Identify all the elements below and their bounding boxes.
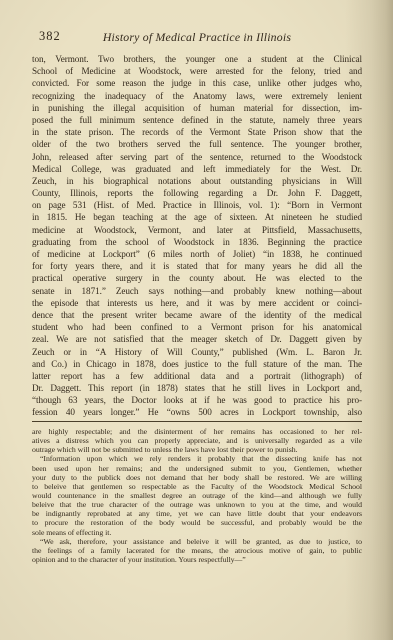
footnote-line: “We ask, therefore, your assistance and … (32, 537, 362, 546)
body-line: practical operative surgery in the count… (32, 272, 362, 284)
body-line: the episode that interests us here, and … (32, 297, 362, 309)
footnote-line: to procure the restoration of the body w… (32, 518, 362, 527)
footnote-line: the feelings of a family lacerated for t… (32, 546, 362, 555)
footnote-line: outrage which will not be submitted to u… (32, 445, 362, 454)
footnote-line: been used upon her remains; and the unde… (32, 464, 362, 473)
body-line: latter report has a few additional data … (32, 370, 362, 382)
body-line: in 1815. He began teaching at the age of… (32, 211, 362, 223)
footnote-line: “Information upon which we rely renders … (32, 454, 362, 463)
body-text: ton, Vermont. Two brothers, the younger … (32, 53, 362, 419)
running-title: History of Medical Practice in Illinois (32, 30, 362, 45)
body-line: in punishing the illegal acquisition of … (32, 102, 362, 114)
page-header: 382 History of Medical Practice in Illin… (32, 29, 362, 45)
footnote: are highly respectable; and the disinter… (32, 427, 362, 564)
body-line: zeal. We are not satisfied that the meag… (32, 333, 362, 345)
footnote-line: to beleive that gentlemen so respectable… (32, 482, 362, 491)
footnote-line: opinion and to the character of your ins… (32, 555, 362, 564)
footnote-line: are highly respectable; and the disinter… (32, 427, 362, 436)
body-line: Zeuch or in “A History of Will County,” … (32, 346, 362, 358)
body-line: Zeuch, in his biographical notations abo… (32, 175, 362, 187)
footnote-line: be indignantly reprobated at any time, y… (32, 509, 362, 518)
footnote-line: atives a distress which you can properly… (32, 436, 362, 445)
body-line: dence that the present writer became awa… (32, 309, 362, 321)
body-line: John, released after serving part of the… (32, 151, 362, 163)
footnote-line: beleive that the true character of the o… (32, 500, 362, 509)
body-line: convicted. For some reason the judge in … (32, 77, 362, 89)
body-line: ton, Vermont. Two brothers, the younger … (32, 53, 362, 65)
body-line: in the state prison. The records of the … (32, 126, 362, 138)
footnote-line: sole means of effecting it. (32, 528, 362, 537)
body-line: “though 63 years, the Doctor looks at if… (32, 394, 362, 406)
body-line: and Co.) in Chicago in 1878, does justic… (32, 358, 362, 370)
body-line: graduating from the school of Woodstock … (32, 236, 362, 248)
body-line: older of the two brothers served the ful… (32, 138, 362, 150)
body-line: for forty years there, and it is stated … (32, 260, 362, 272)
body-line: medicine at Woodstock, Vermont, and late… (32, 224, 362, 236)
body-line: posed the full minimum sentence defined … (32, 114, 362, 126)
body-line: School of Medicine at Woodstock, were ar… (32, 65, 362, 77)
footnote-line: would countenance in the smallest degree… (32, 491, 362, 500)
book-page-scan: 382 History of Medical Practice in Illin… (0, 0, 393, 640)
body-line: County, Illinois, reports the following … (32, 187, 362, 199)
body-line: on page 531 (Hist. of Med. Practice in I… (32, 199, 362, 211)
body-line: recognizing the inadequacy of the Anatom… (32, 90, 362, 102)
body-line: fession 40 years longer.” He “owns 500 a… (32, 406, 362, 418)
body-line: student who had been confined to a Vermo… (32, 321, 362, 333)
body-line: Medical College, was graduated and left … (32, 163, 362, 175)
body-line: Dr. Daggett. This report (in 1878) state… (32, 382, 362, 394)
footnote-line: your duty to the publick does not demand… (32, 473, 362, 482)
footnote-rule (32, 421, 362, 422)
body-line: of medicine at Lockport” (6 miles north … (32, 248, 362, 260)
body-line: senate in 1871.” Zeuch says nothing—and … (32, 285, 362, 297)
